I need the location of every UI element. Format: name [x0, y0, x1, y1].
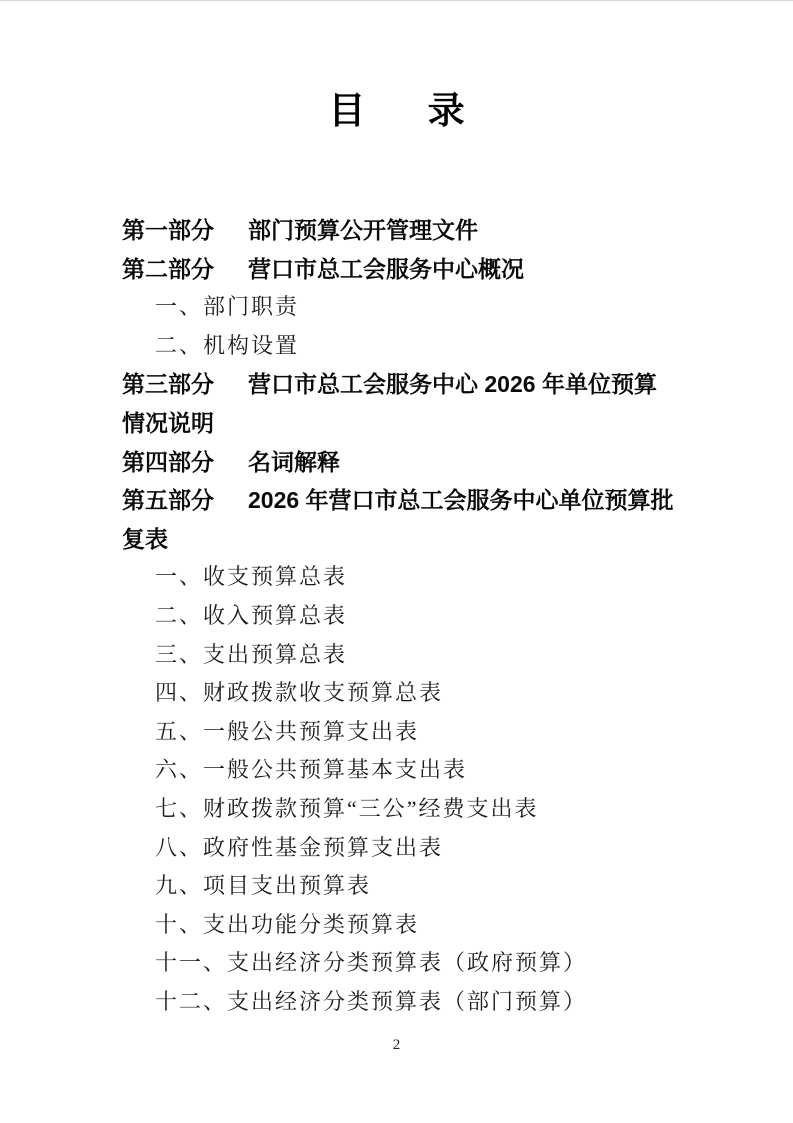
toc-part2-item-2: 二、机构设置 — [155, 327, 679, 366]
toc-section-2-title: 营口市总工会服务中心概况 — [248, 256, 524, 282]
toc-part5-item-6: 六、一般公共预算基本支出表 — [155, 751, 679, 790]
toc-section-1-title: 部门预算公开管理文件 — [248, 217, 478, 243]
toc-section-1-label: 第一部分 — [122, 211, 248, 250]
page-title: 目 录 — [0, 89, 793, 133]
toc-section-4-title: 名词解释 — [248, 449, 340, 475]
toc-section-1: 第一部分部门预算公开管理文件 — [122, 211, 679, 250]
toc-part5-item-1: 一、收支预算总表 — [155, 558, 679, 597]
toc-section-5-label: 第五部分 — [122, 481, 248, 520]
toc-part5-item-11: 十一、支出经济分类预算表（政府预算） — [155, 944, 679, 983]
toc-part5-item-3: 三、支出预算总表 — [155, 636, 679, 675]
toc-section-4: 第四部分名词解释 — [122, 443, 679, 482]
table-of-contents: 第一部分部门预算公开管理文件 第二部分营口市总工会服务中心概况 一、部门职责 二… — [122, 211, 679, 1021]
toc-section-3: 第三部分营口市总工会服务中心 2026 年单位预算情况说明 — [122, 365, 679, 442]
document-page: 目 录 第一部分部门预算公开管理文件 第二部分营口市总工会服务中心概况 一、部门… — [0, 0, 793, 1123]
toc-part5-item-5: 五、一般公共预算支出表 — [155, 713, 679, 752]
toc-part5-item-2: 二、收入预算总表 — [155, 597, 679, 636]
toc-part5-item-4: 四、财政拨款收支预算总表 — [155, 674, 679, 713]
toc-part5-item-7: 七、财政拨款预算“三公”经费支出表 — [155, 790, 679, 829]
toc-part5-item-10: 十、支出功能分类预算表 — [155, 906, 679, 945]
toc-section-2-label: 第二部分 — [122, 250, 248, 289]
toc-part5-item-9: 九、项目支出预算表 — [155, 867, 679, 906]
toc-part5-item-8: 八、政府性基金预算支出表 — [155, 829, 679, 868]
toc-section-5: 第五部分2026 年营口市总工会服务中心单位预算批复表 — [122, 481, 679, 558]
toc-part5-item-12: 十二、支出经济分类预算表（部门预算） — [155, 983, 679, 1022]
toc-part2-item-1: 一、部门职责 — [155, 288, 679, 327]
toc-section-3-label: 第三部分 — [122, 365, 248, 404]
toc-section-2: 第二部分营口市总工会服务中心概况 — [122, 250, 679, 289]
page-number: 2 — [0, 1037, 793, 1054]
toc-section-4-label: 第四部分 — [122, 443, 248, 482]
